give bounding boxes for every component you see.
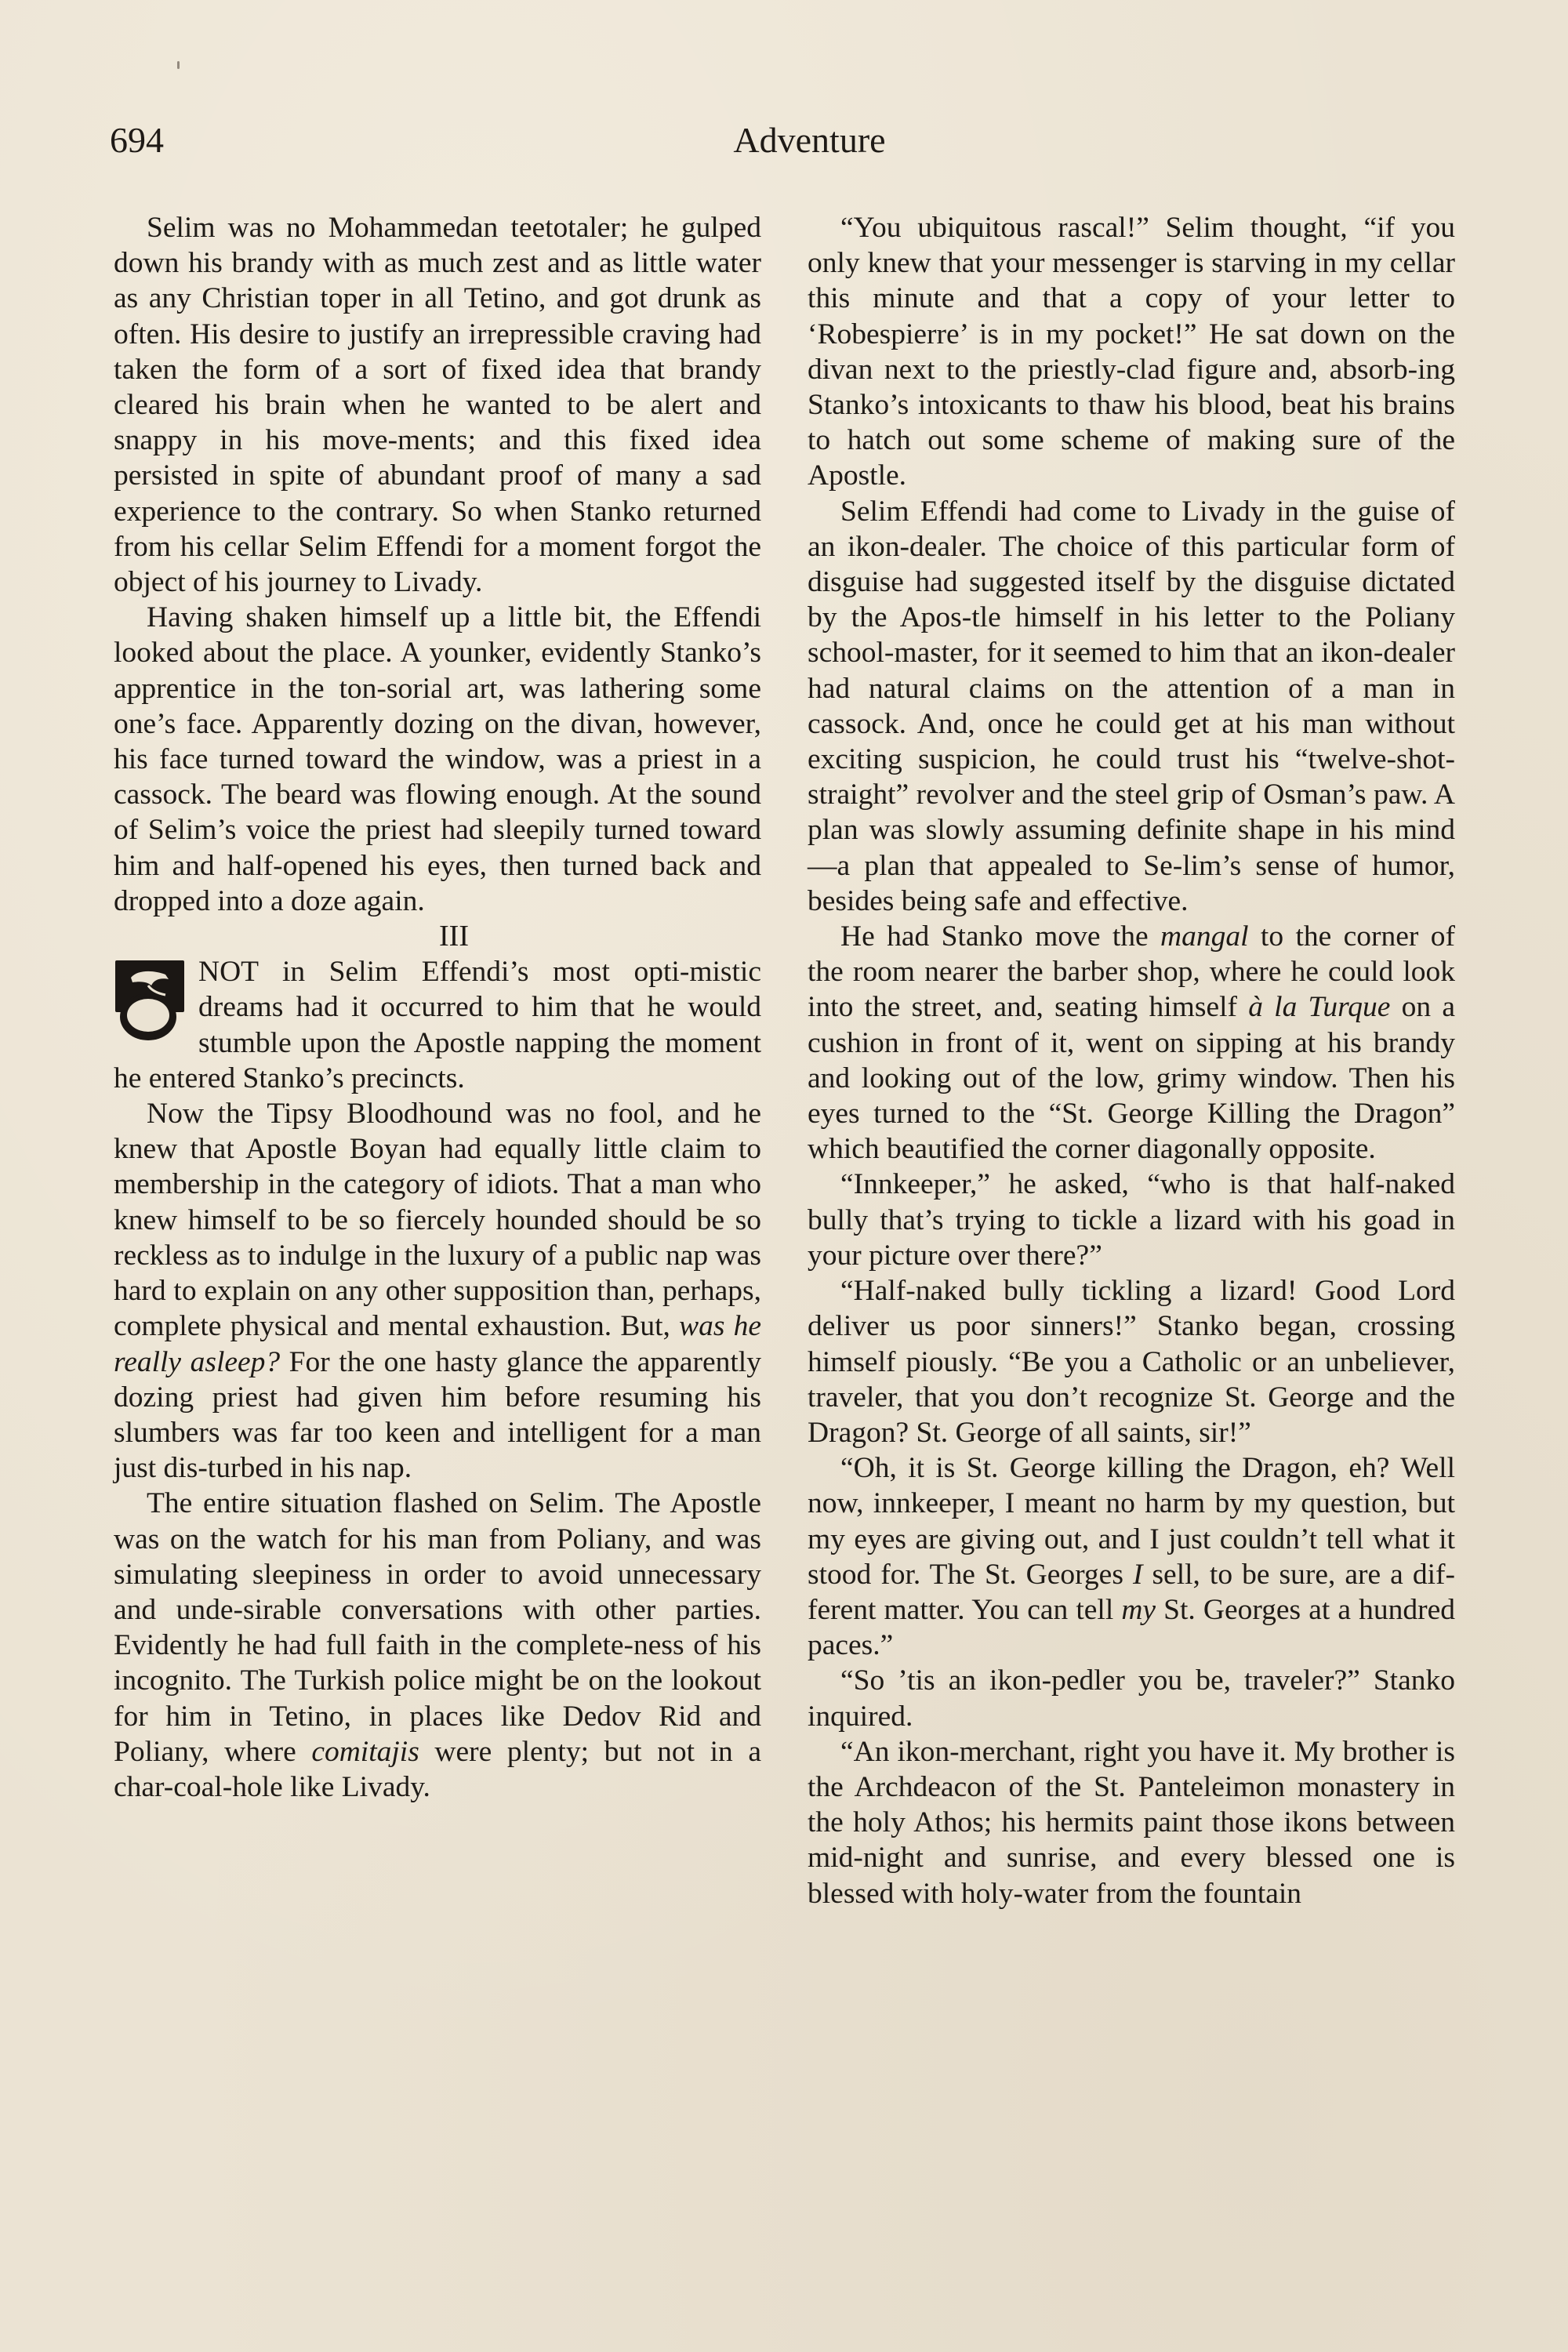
paragraph: “Innkeeper,” he asked, “who is that half…: [808, 1167, 1455, 1273]
paper-speck: [177, 61, 180, 69]
paragraph: Now the Tipsy Bloodhound was no fool, an…: [114, 1096, 761, 1486]
italic-word: I: [1133, 1559, 1143, 1591]
paragraph-text: Now the Tipsy Bloodhound was no fool, an…: [114, 1098, 761, 1342]
paragraph: “So ’tis an ikon-pedler you be, traveler…: [808, 1663, 1455, 1733]
paragraph: He had Stanko move the mangal to the cor…: [808, 919, 1455, 1167]
paragraph: “Oh, it is St. George killing the Dragon…: [808, 1450, 1455, 1663]
paragraph: Selim was no Mohammedan teetotaler; he g…: [114, 210, 761, 600]
paragraph: “You ubiquitous rascal!” Selim thought, …: [808, 210, 1455, 494]
right-column: “You ubiquitous rascal!” Selim thought, …: [808, 210, 1455, 1911]
dropcap-paragraph-text: NOT in Selim Effendi’s most opti-mistic …: [114, 956, 761, 1094]
paragraph: Selim Effendi had come to Livady in the …: [808, 494, 1455, 919]
italic-term: à la Turque: [1248, 991, 1390, 1023]
paragraph: The entire situation flashed on Selim. T…: [114, 1486, 761, 1805]
italic-word: my: [1121, 1594, 1156, 1626]
ornamental-dropcap-icon: [114, 959, 186, 1044]
paragraph-text: The entire situation flashed on Selim. T…: [114, 1487, 761, 1767]
running-head: Adventure: [110, 119, 1466, 161]
paragraph-text: He had Stanko move the: [840, 920, 1160, 953]
paragraph: Having shaken himself up a little bit, t…: [114, 600, 761, 919]
magazine-page: 694 Adventure Selim was no Mohammedan te…: [0, 0, 1568, 2352]
paragraph: “Half-naked bully tickling a lizard! Goo…: [808, 1273, 1455, 1450]
page-header: 694 Adventure: [110, 119, 1466, 166]
paragraph: “An ikon-merchant, right you have it. My…: [808, 1734, 1455, 1911]
section-heading: III: [114, 919, 761, 954]
left-column: Selim was no Mohammedan teetotaler; he g…: [114, 210, 761, 1805]
italic-term: mangal: [1160, 920, 1249, 953]
dropcap-paragraph: NOT in Selim Effendi’s most opti-mistic …: [114, 954, 761, 1096]
italic-term: comitajis: [311, 1736, 419, 1768]
